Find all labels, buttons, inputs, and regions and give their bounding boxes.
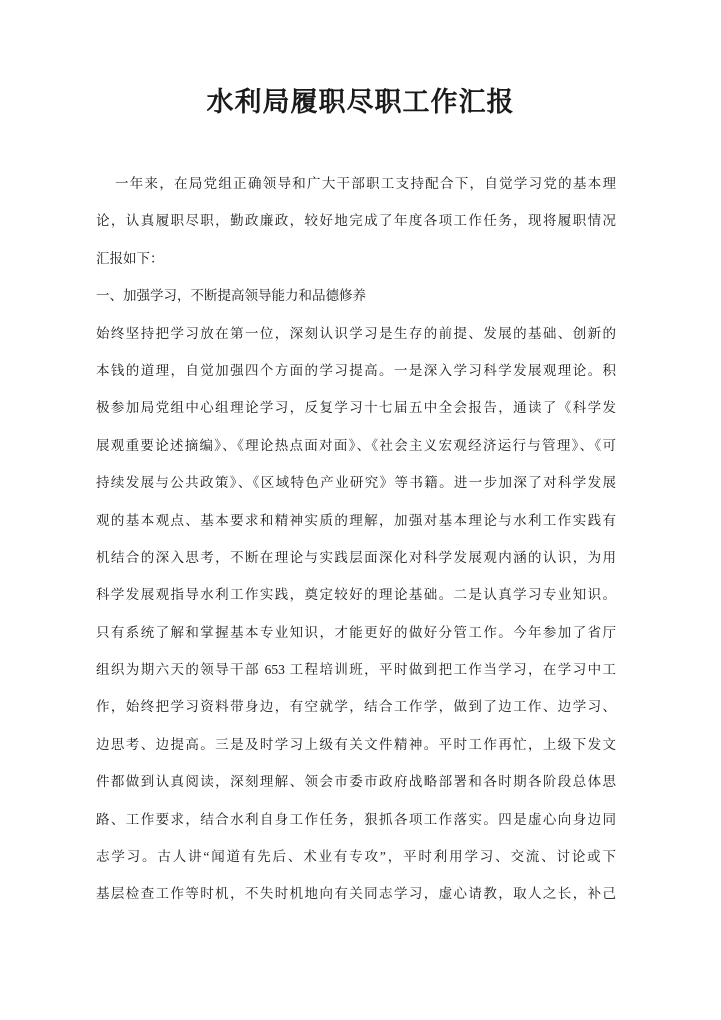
text-line: 持续发展与公共政策》、《区域特色产业研究》等书籍。进一步加深了对科学发展 <box>96 464 616 501</box>
text-line: 一年来，在局党组正确领导和广大干部职工支持配合下，自觉学习党的基本理 <box>96 165 616 202</box>
text-line: 一、加强学习，不断提高领导能力和品德修养 <box>96 277 616 314</box>
text-line: 极参加局党组中心组理论学习，反复学习十七届五中全会报告，通读了《科学发 <box>96 389 616 426</box>
text-line: 边思考、边提高。三是及时学习上级有关文件精神。平时工作再忙，上级下发文 <box>96 726 616 763</box>
text-line: 科学发展观指导水利工作实践，奠定较好的理论基础。二是认真学习专业知识。 <box>96 576 616 613</box>
text-line: 路、工作要求，结合水利自身工作任务，狠抓各项工作落实。四是虚心向身边同 <box>96 801 616 838</box>
text-line: 组织为期六天的领导干部 653 工程培训班，平时做到把工作当学习，在学习中工 <box>96 651 616 688</box>
text-line: 观的基本观点、基本要求和精神实质的理解，加强对基本理论与水利工作实践有 <box>96 502 616 539</box>
text-line: 件都做到认真阅读，深刻理解、领会市委市政府战略部署和各时期各阶段总体思 <box>96 763 616 800</box>
document-body: 一年来，在局党组正确领导和广大干部职工支持配合下，自觉学习党的基本理论，认真履职… <box>96 165 616 913</box>
text-line: 只有系统了解和掌握基本专业知识，才能更好的做好分管工作。今年参加了省厅 <box>96 614 616 651</box>
document-title: 水利局履职尽职工作汇报 <box>0 79 721 125</box>
text-line: 本钱的道理，自觉加强四个方面的学习提高。一是深入学习科学发展观理论。积 <box>96 352 616 389</box>
text-line: 机结合的深入思考，不断在理论与实践层面深化对科学发展观内涵的认识，为用 <box>96 539 616 576</box>
text-line: 始终坚持把学习放在第一位，深刻认识学习是生存的前提、发展的基础、创新的 <box>96 315 616 352</box>
text-line: 基层检查工作等时机，不失时机地向有关同志学习，虚心请教，取人之长，补己 <box>96 875 616 912</box>
text-line: 志学习。古人讲“闻道有先后、术业有专攻”，平时利用学习、交流、讨论或下 <box>96 838 616 875</box>
text-line: 展观重要论述摘编》、《理论热点面对面》、《社会主义宏观经济运行与管理》、《可 <box>96 427 616 464</box>
text-line: 作，始终把学习资料带身边，有空就学，结合工作学，做到了边工作、边学习、 <box>96 688 616 725</box>
text-line: 论，认真履职尽职，勤政廉政，较好地完成了年度各项工作任务，现将履职情况 <box>96 202 616 239</box>
document-page: 水利局履职尽职工作汇报 一年来，在局党组正确领导和广大干部职工支持配合下，自觉学… <box>0 0 721 1020</box>
text-line: 汇报如下： <box>96 240 616 277</box>
